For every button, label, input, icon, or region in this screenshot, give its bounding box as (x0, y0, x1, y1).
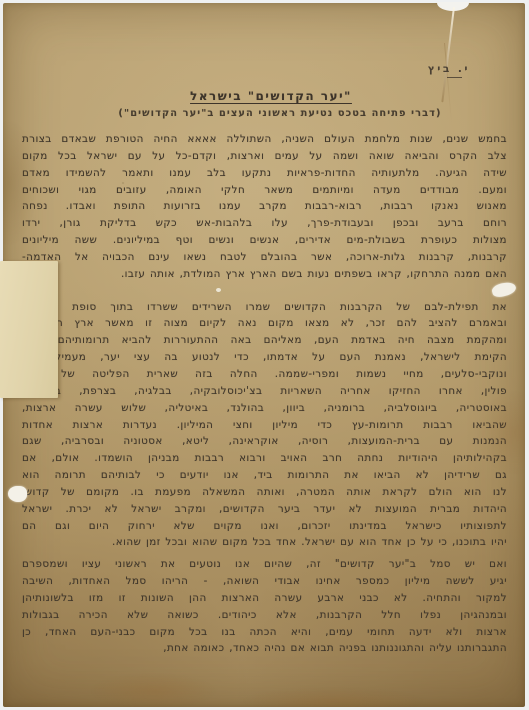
text-line: באוסטריה, ביוגוסלביה, ברומניה, ביוון, בה… (22, 400, 507, 417)
text-line: התגברותנו עליה והתגוננותנו בפניה תבוא אם… (22, 640, 507, 657)
text-line: לתפוצותיו כישראל במדינתו יזכרום, ואנו מק… (22, 518, 507, 535)
document-page: י. ביץ "יער הקדושים" בישראל (דברי פתיחה … (3, 3, 525, 707)
document-title: "יער הקדושים" בישראל (10, 89, 529, 103)
author-underline-mark (447, 77, 462, 78)
author-name: י. ביץ (428, 63, 470, 75)
text-line: האם ממנה התרחקו, קראו בשפתים נעות בשם הא… (22, 266, 507, 283)
paragraph: את תפילת-לבם של הקרבנות הקדושים שמרו השר… (22, 299, 507, 552)
white-speck (216, 288, 221, 292)
text-line: את תפילת-לבם של הקרבנות הקדושים שמרו השר… (22, 299, 507, 316)
text-line: הקימת לישראל, נאמנת העם על אדמתו, כדי לנ… (22, 349, 507, 366)
text-line: צלב הקרס והביאה שואה ושמה על עמים וארצות… (22, 148, 507, 165)
tape-patch (0, 261, 58, 398)
text-line: רוחם ברעב ובכפן ובעבודת-פרך, עלו בלהבות-… (22, 215, 507, 232)
paragraph: ואם יש סמל ב"יער קדושים" זה, שהיום אנו נ… (22, 556, 507, 657)
text-line: לנו הוא הולם לקראת אותה המטרה, ואותה המש… (22, 484, 507, 501)
text-line: יגיע לששה מיליון כמספר אחינו אבודי השואה… (22, 573, 507, 590)
text-line: קרבנות, קרבנות גלות-ארוכה, אשר בהובלם לט… (22, 249, 507, 266)
text-line: הנמנות עם ברית-המועצות, רוסיה, אוקראינה,… (22, 433, 507, 450)
text-line: ובמנהגיהן נפלו חלל הקרבנות, אלא כיהודים.… (22, 607, 507, 624)
text-line: מאנוש נאנקו רבבות, רבוא-רבבות מקרב עמנו … (22, 198, 507, 215)
text-line: מצולות כעופרת בשבולת-מים אדירים, אנשים ו… (22, 232, 507, 249)
text-line: למקור והתחיה. לא כבני ארבע עשרה הארצות ה… (22, 590, 507, 607)
text-line: גם שרידיהן לא הביאו את התרומות ביד, אנו … (22, 467, 507, 484)
scanned-document-view: { "page": { "author": "י. ביץ", "title":… (0, 0, 529, 710)
text-line: בקהילותיהן היהודיות נחתה חרב האויב ורבוא… (22, 450, 507, 467)
text-line: ונוקבי-סלעים, מחיי נשמות ומפרי-שממה. החל… (22, 366, 507, 383)
text-line: שידה הגיעה. מלתעותיה החדות-פראיות נתקעו … (22, 165, 507, 182)
document-subtitle: (דברי פתיחה בטכס נטיעת ראשוני העצים ב"יע… (19, 108, 529, 119)
white-spot-left (8, 486, 27, 502)
text-line: ארצות ולא ידעה תחומי עמים, והיא הכתה בנו… (22, 624, 507, 641)
text-line: פולין, אחרו החזיקו אחריה השאריות בצ'יכוס… (22, 383, 507, 400)
text-line: שהביאו רבבות תרומות-עץ כדי מיליון וחצי ה… (22, 417, 507, 434)
text-line: ומעם. מבודדים מעדה ומיותמים משאר חלקי הא… (22, 182, 507, 199)
text-line: ובאמרם להציב להם זכר, לא מצאו מקום נאה ל… (22, 315, 507, 332)
text-line: ומהקמת מצבה חיה באדמת העם, מאליהם באה הה… (22, 332, 507, 349)
paragraph: בחמש שנים, שנות מלחמת העולם השניה, השתול… (22, 131, 507, 283)
text-line: ואם יש סמל ב"יער קדושים" זה, שהיום אנו נ… (22, 556, 507, 573)
document-body: בחמש שנים, שנות מלחמת העולם השניה, השתול… (22, 131, 507, 657)
text-line: יהיו בתוכנו, כי על כן אחד הוא עם ישראל. … (22, 534, 507, 551)
text-line: היהדות מברית המועצות לא יעדר ביער הקדושי… (22, 501, 507, 518)
text-line: בחמש שנים, שנות מלחמת העולם השניה, השתול… (22, 131, 507, 148)
